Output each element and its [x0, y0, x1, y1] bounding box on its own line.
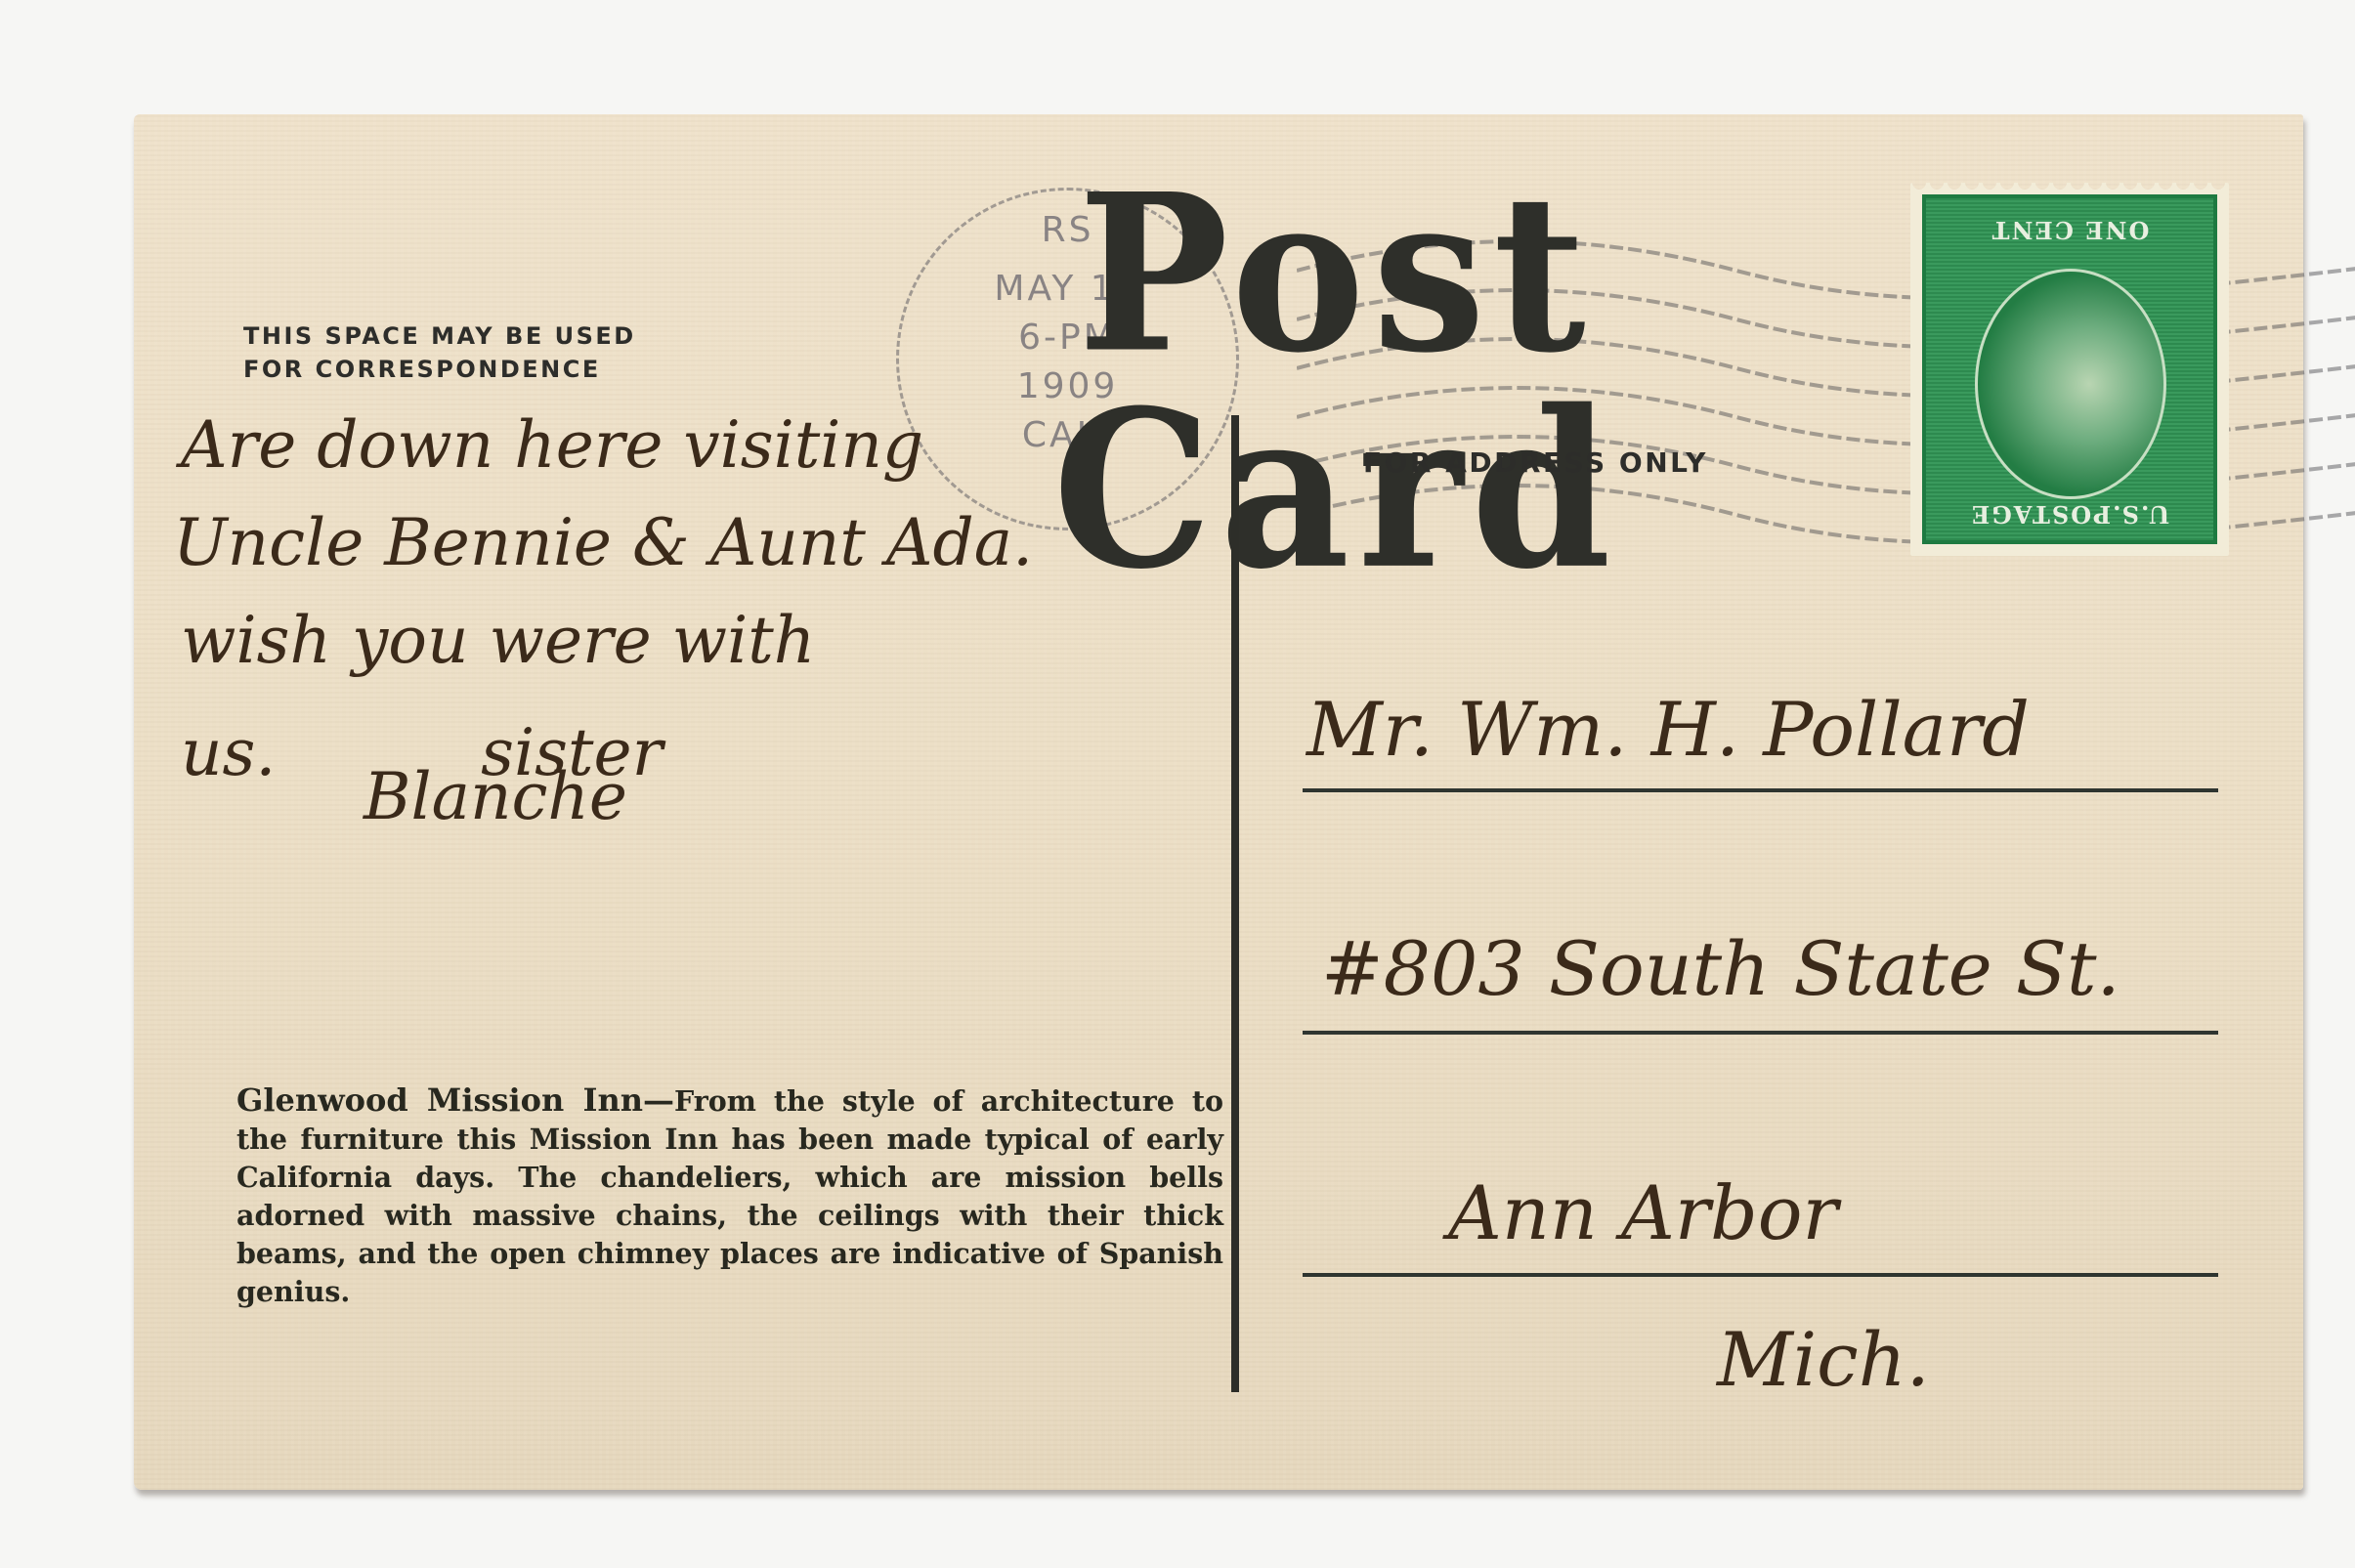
message-signature: Blanche: [364, 759, 627, 834]
address-line-state: Mich.: [1717, 1316, 1930, 1403]
stamp-frame: ONE CENT U.S.POSTAGE: [1922, 194, 2217, 544]
message-line: Are down here visiting: [181, 407, 923, 483]
center-divider: [1231, 415, 1239, 1392]
address-label: FOR ADDRESS ONLY: [1363, 446, 1708, 479]
correspondence-label-line-1: THIS SPACE MAY BE USED: [243, 319, 636, 353]
stamp-top-text: U.S.POSTAGE: [1926, 500, 2213, 529]
message-line: wish you were with: [181, 603, 815, 678]
address-rule: [1303, 1031, 2218, 1035]
address-rule: [1303, 1273, 2218, 1277]
description-text: Glenwood Mission Inn—From the style of a…: [236, 1081, 1223, 1311]
correspondence-label-line-2: FOR CORRESPONDENCE: [243, 353, 636, 386]
postage-stamp: ONE CENT U.S.POSTAGE: [1910, 183, 2229, 556]
message-line: Uncle Bennie & Aunt Ada.: [173, 505, 1033, 580]
address-line-city: Ann Arbor: [1448, 1169, 1838, 1256]
address-line-name: Mr. Wm. H. Pollard: [1306, 686, 2030, 773]
address-rule: [1303, 788, 2218, 792]
description-lead: Glenwood Mission Inn—: [236, 1081, 674, 1119]
stamp-bottom-text: ONE CENT: [1926, 216, 2213, 244]
correspondence-label: THIS SPACE MAY BE USED FOR CORRESPONDENC…: [243, 319, 636, 386]
postcard: RS MAY 18 6-PM 1909 CAL. Post Card THIS …: [134, 114, 2303, 1490]
address-line-street: #803 South State St.: [1321, 925, 2120, 1012]
stamp-portrait-icon: [1975, 269, 2166, 499]
